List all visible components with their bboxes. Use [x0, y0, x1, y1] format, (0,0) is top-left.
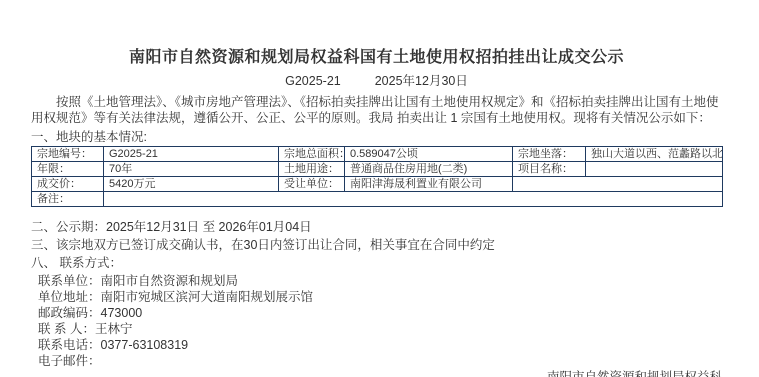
- transferee-value: 南阳津海晟利置业有限公司: [345, 177, 513, 192]
- page-title: 南阳市自然资源和规划局权益科国有土地使用权招拍挂出让成交公示: [31, 44, 722, 67]
- contact-person-label: 联 系 人：: [38, 322, 95, 336]
- parcel-no-value: G2025-21: [104, 147, 279, 162]
- contact-person-value: 王林宁: [95, 322, 133, 336]
- section-3-text: 三、该宗地双方已签订成交确认书，在30日内签订出让合同，相关事宜在合同中约定: [31, 237, 722, 253]
- project-name-label: 项目名称：: [513, 162, 586, 177]
- announcement-document: 南阳市自然资源和规划局权益科国有土地使用权招拍挂出让成交公示 G2025-212…: [0, 0, 759, 377]
- total-area-label: 宗地总面积：: [279, 147, 345, 162]
- total-area-value: 0.589047公顷: [345, 147, 513, 162]
- location-label: 宗地坐落：: [513, 147, 586, 162]
- land-use-value: 普通商品住房用地(二类): [345, 162, 513, 177]
- tenure-value: 70年: [104, 162, 279, 177]
- intro-paragraph: 按照《土地管理法》、《城市房地产管理法》、《招标拍卖挂牌出让国有土地使用权规定》…: [31, 94, 722, 126]
- contact-postcode-line: 邮政编码：473000: [31, 305, 722, 321]
- contact-unit-value: 南阳市自然资源和规划局: [101, 274, 239, 288]
- contact-phone-value: 0377-63108319: [101, 338, 189, 352]
- contact-phone-label: 联系电话：: [38, 338, 101, 352]
- contact-email-line: 电子邮件：: [31, 353, 722, 369]
- contact-address-value: 南阳市宛城区滨河大道南阳规划展示馆: [101, 290, 314, 304]
- transferee-label: 受让单位：: [279, 177, 345, 192]
- section-1-heading: 一、地块的基本情况:: [31, 129, 722, 145]
- parcel-no-label: 宗地编号：: [32, 147, 104, 162]
- remarks-label: 备注：: [32, 192, 104, 207]
- doc-number: G2025-21: [285, 74, 341, 88]
- land-use-label: 土地用途：: [279, 162, 345, 177]
- contact-phone-line: 联系电话：0377-63108319: [31, 337, 722, 353]
- contact-unit-label: 联系单位：: [38, 274, 101, 288]
- project-name-value: [586, 162, 723, 177]
- tenure-label: 年限：: [32, 162, 104, 177]
- location-value: 独山大道以西、范蠡路以北: [586, 147, 723, 162]
- price-label: 成交价：: [32, 177, 104, 192]
- contact-email-label: 电子邮件：: [38, 354, 101, 368]
- contact-unit-line: 联系单位：南阳市自然资源和规划局: [31, 273, 722, 289]
- contact-address-label: 单位地址：: [38, 290, 101, 304]
- contact-postcode-value: 473000: [101, 306, 143, 320]
- table-row-4: 备注：: [32, 192, 723, 207]
- contact-address-line: 单位地址：南阳市宛城区滨河大道南阳规划展示馆: [31, 289, 722, 305]
- table-row-2: 年限： 70年 土地用途： 普通商品住房用地(二类) 项目名称：: [32, 162, 723, 177]
- section-2-text: 二、公示期：2025年12月31日 至 2026年01月04日: [31, 219, 722, 235]
- contact-postcode-label: 邮政编码：: [38, 306, 101, 320]
- remarks-value: [104, 192, 723, 207]
- table-row-3: 成交价： 5420万元 受让单位： 南阳津海晟利置业有限公司: [32, 177, 723, 192]
- parcel-info-table: 宗地编号： G2025-21 宗地总面积： 0.589047公顷 宗地坐落： 独…: [31, 146, 723, 207]
- doc-date: 2025年12月30日: [375, 74, 468, 88]
- table-row-1: 宗地编号： G2025-21 宗地总面积： 0.589047公顷 宗地坐落： 独…: [32, 147, 723, 162]
- section-8-heading: 八、 联系方式：: [31, 255, 722, 271]
- issuer-signature: 南阳市自然资源和规划局权益科: [31, 369, 722, 377]
- contact-person-line: 联 系 人：王林宁: [31, 321, 722, 337]
- price-value: 5420万元: [104, 177, 279, 192]
- row3-empty-cell: [513, 177, 723, 192]
- doc-meta: G2025-212025年12月30日: [31, 74, 722, 88]
